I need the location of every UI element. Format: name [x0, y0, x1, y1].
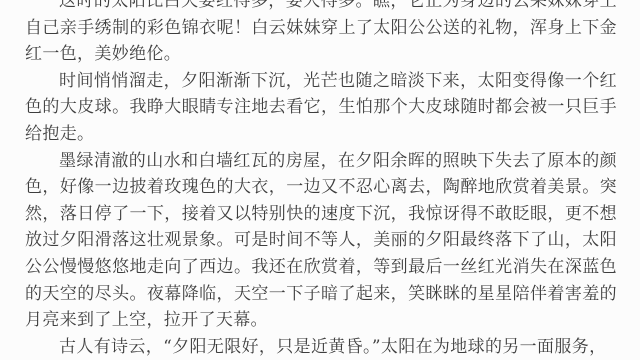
- paragraph: 这时的太阳比白天要红得多，要大得多。瞧，它正为身边的云朵妹妹穿上自己亲手绣制的彩…: [25, 0, 617, 68]
- document-text: 这时的太阳比白天要红得多，要大得多。瞧，它正为身边的云朵妹妹穿上自己亲手绣制的彩…: [25, 0, 617, 360]
- document-page: 这时的太阳比白天要红得多，要大得多。瞧，它正为身边的云朵妹妹穿上自己亲手绣制的彩…: [0, 0, 640, 360]
- paragraph: 时间悄悄溜走，夕阳渐渐下沉，光芒也随之暗淡下来，太阳变得像一个红色的大皮球。我睁…: [25, 68, 617, 148]
- paragraph: 墨绿清澈的山水和白墙红瓦的房屋，在夕阳余晖的照映下失去了原本的颜色，好像一边披着…: [25, 148, 617, 334]
- paragraph: 古人有诗云，“夕阳无限好，只是近黄昏。”太阳在为地球的另一面服务，: [25, 334, 617, 360]
